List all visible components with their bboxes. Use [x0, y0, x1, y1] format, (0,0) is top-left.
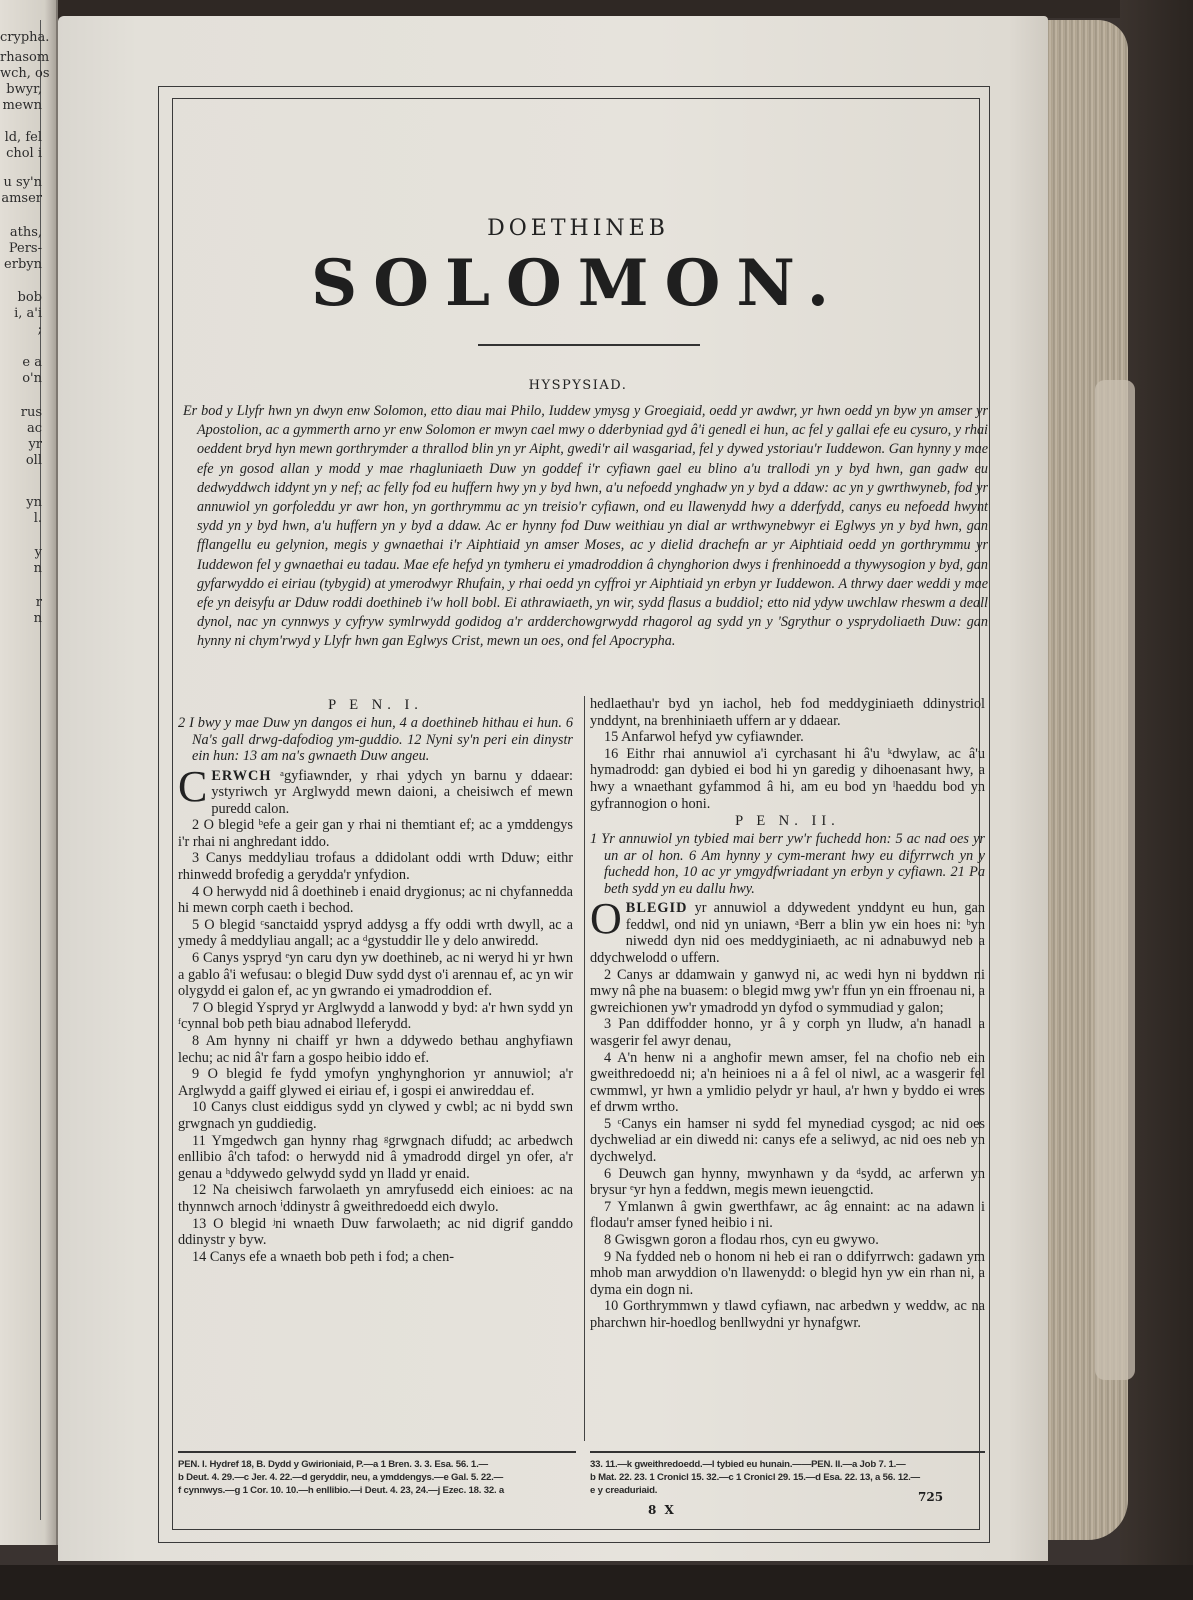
chapter-1-continuation: hedlaethau'r byd yn iachol, heb fod medd… [590, 696, 985, 729]
book-title: SOLOMON. [178, 246, 978, 321]
chapter-1-verses: 2 O blegid ᵇefe a geir gan y rhai ni the… [178, 817, 573, 1265]
previous-page-text-fragment: aths, [0, 225, 42, 240]
verse: 4 O herwydd nid â doethineb i enaid dryg… [178, 884, 573, 917]
verse: 7 O blegid Yspryd yr Arglwydd a lanwodd … [178, 1000, 573, 1033]
previous-page-text-fragment: ; [0, 322, 42, 337]
drop-cap: O [590, 902, 622, 936]
verse: 5 ᶜCanys ein hamser ni sydd fel mynediad… [590, 1116, 985, 1166]
footnote-line: b Mat. 22. 23. 1 Cronicl 15. 32.—c 1 Cro… [590, 1471, 985, 1484]
previous-page-text-fragment: n [0, 611, 42, 626]
verse: 11 Ymgedwch gan hynny rhag ᵍgrwgnach dif… [178, 1133, 573, 1183]
footnote-line: 33. 11.—k gweithredoedd.—l tybied eu hun… [590, 1458, 985, 1471]
printer-signature: 8 X [648, 1503, 676, 1517]
bible-page: DOETHINEB SOLOMON. HYSPYSIAD. Er bod y L… [58, 16, 1048, 1561]
previous-page-text-fragment: e a [0, 355, 42, 370]
previous-page-text-fragment: bwyr, [0, 82, 42, 97]
verse: 6 Deuwch gan hynny, mwynhawn y da ᵈsydd,… [590, 1166, 985, 1199]
title-divider [478, 344, 700, 346]
verse: 12 Na cheisiwch farwolaeth yn amryfusedd… [178, 1182, 573, 1215]
left-column: P E N. I. 2 I bwy y mae Duw yn dangos ei… [178, 696, 573, 1265]
verse: 3 Canys meddyliau trofaus a ddidolant od… [178, 850, 573, 883]
previous-page-text-fragment: i, a'i [0, 306, 42, 321]
previous-page-text-fragment: Pers- [0, 241, 42, 256]
chapter-1-verses-right: 15 Anfarwol hefyd yw cyfiawnder.16 Eithr… [590, 729, 985, 812]
chapter-1-heading: P E N. I. [178, 696, 573, 714]
worn-page-edge [1095, 380, 1135, 1380]
previous-page-text-fragment: u sy'n [0, 175, 42, 190]
footnotes-left: PEN. I. Hydref 18, B. Dydd y Gwirioniaid… [178, 1458, 576, 1497]
introduction-text: Er bod y Llyfr hwn yn dwyn enw Solomon, … [183, 402, 988, 652]
lead-word: BLEGID [626, 900, 688, 916]
previous-page-text-fragment: ac [0, 421, 42, 436]
previous-page-text-fragment: wch, os [0, 66, 42, 81]
previous-page-text-fragment: rus [0, 405, 42, 420]
verse: 4 A'n henw ni a anghofir mewn amser, fel… [590, 1050, 985, 1116]
column-divider [584, 696, 585, 1441]
verse: 3 Pan ddiffodder honno, yr â y corph yn … [590, 1016, 985, 1049]
right-column: hedlaethau'r byd yn iachol, heb fod medd… [590, 696, 985, 1332]
verse: 15 Anfarwol hefyd yw cyfiawnder. [590, 729, 985, 746]
footnote-rule-right [590, 1451, 985, 1453]
verse: 10 Canys clust eiddigus sydd yn clywed y… [178, 1099, 573, 1132]
verse: 2 Canys ar ddamwain y ganwyd ni, ac wedi… [590, 967, 985, 1017]
previous-page-text-fragment: oll [0, 453, 42, 468]
verse: 10 Gorthrymmwn y tlawd cyfiawn, nac arbe… [590, 1298, 985, 1331]
previous-page-edge: crypha.rhasomwch, osbwyr,mewnld, felchol… [0, 0, 58, 1545]
previous-page-text-fragment: yr [0, 437, 42, 452]
footnote-rule-left [178, 1451, 576, 1453]
footnote-line: b Deut. 4. 29.—c Jer. 4. 22.—d geryddir,… [178, 1471, 576, 1484]
verse: 5 O blegid ᶜsanctaidd yspryd addysg a ff… [178, 917, 573, 950]
previous-page-text-fragment: mewn [0, 98, 42, 113]
previous-page-text-fragment: r [0, 595, 42, 610]
verse: 13 O blegid ʲni wnaeth Duw farwolaeth; a… [178, 1216, 573, 1249]
footnote-line: PEN. I. Hydref 18, B. Dydd y Gwirioniaid… [178, 1458, 576, 1471]
previous-page-text-fragment: o'n [0, 371, 42, 386]
introduction-paragraph: Er bod y Llyfr hwn yn dwyn enw Solomon, … [183, 402, 988, 652]
previous-page-text-fragment: erbyn [0, 257, 42, 272]
chapter-1-verse-1: CERWCH ᵃgyfiawnder, y rhai ydych yn barn… [178, 768, 573, 818]
previous-page-text-fragment: bob [0, 290, 42, 305]
previous-page-text-fragment: ld, fel [0, 130, 42, 145]
introduction-heading: HYSPYSIAD. [178, 378, 978, 393]
chapter-2-verse-1: OBLEGID yr annuwiol a ddywedent ynddynt … [590, 900, 985, 966]
verse: 9 O blegid fe fydd ymofyn ynghynghorion … [178, 1066, 573, 1099]
footnote-line: f cynnwys.—g 1 Cor. 10. 10.—h enllibio.—… [178, 1484, 576, 1497]
lead-word: ERWCH [211, 768, 271, 784]
previous-page-text-fragment: l. [0, 511, 42, 526]
previous-page-text-fragment: crypha. [0, 30, 42, 45]
verse: 16 Eithr rhai annuwiol a'i cyrchasant hi… [590, 746, 985, 812]
chapter-2-heading: P E N. II. [590, 812, 985, 830]
verse: 8 Gwisgwn goron a flodau rhos, cyn eu gw… [590, 1232, 985, 1249]
verse: 9 Na fydded neb o honom ni heb ei ran o … [590, 1249, 985, 1299]
previous-page-text-fragment: yn [0, 495, 42, 510]
dark-background-bottom [0, 1565, 1193, 1600]
chapter-2-verses: 2 Canys ar ddamwain y ganwyd ni, ac wedi… [590, 967, 985, 1332]
previous-page-text-fragment: y [0, 545, 42, 560]
previous-page-text-fragment: rhasom [0, 50, 42, 65]
previous-page-text-fragment: chol i [0, 146, 42, 161]
verse: 2 O blegid ᵇefe a geir gan y rhai ni the… [178, 817, 573, 850]
previous-page-text-fragment: n [0, 561, 42, 576]
verse: 7 Ymlanwn â gwin gwerthfawr, ac âg ennai… [590, 1199, 985, 1232]
verse: 6 Canys yspryd ᵉyn caru dyn yw doethineb… [178, 950, 573, 1000]
drop-cap: C [178, 770, 207, 804]
verse: 14 Canys efe a wnaeth bob peth i fod; a … [178, 1249, 573, 1266]
chapter-2-summary: 1 Yr annuwiol yn tybied mai berr yw'r fu… [590, 831, 985, 897]
previous-page-text-fragment: amser [0, 191, 42, 206]
book-title-prefix: DOETHINEB [178, 216, 978, 241]
page-number: 725 [918, 1490, 943, 1504]
chapter-1-summary: 2 I bwy y mae Duw yn dangos ei hun, 4 a … [178, 715, 573, 765]
verse: 8 Am hynny ni chaiff yr hwn a ddywedo be… [178, 1033, 573, 1066]
